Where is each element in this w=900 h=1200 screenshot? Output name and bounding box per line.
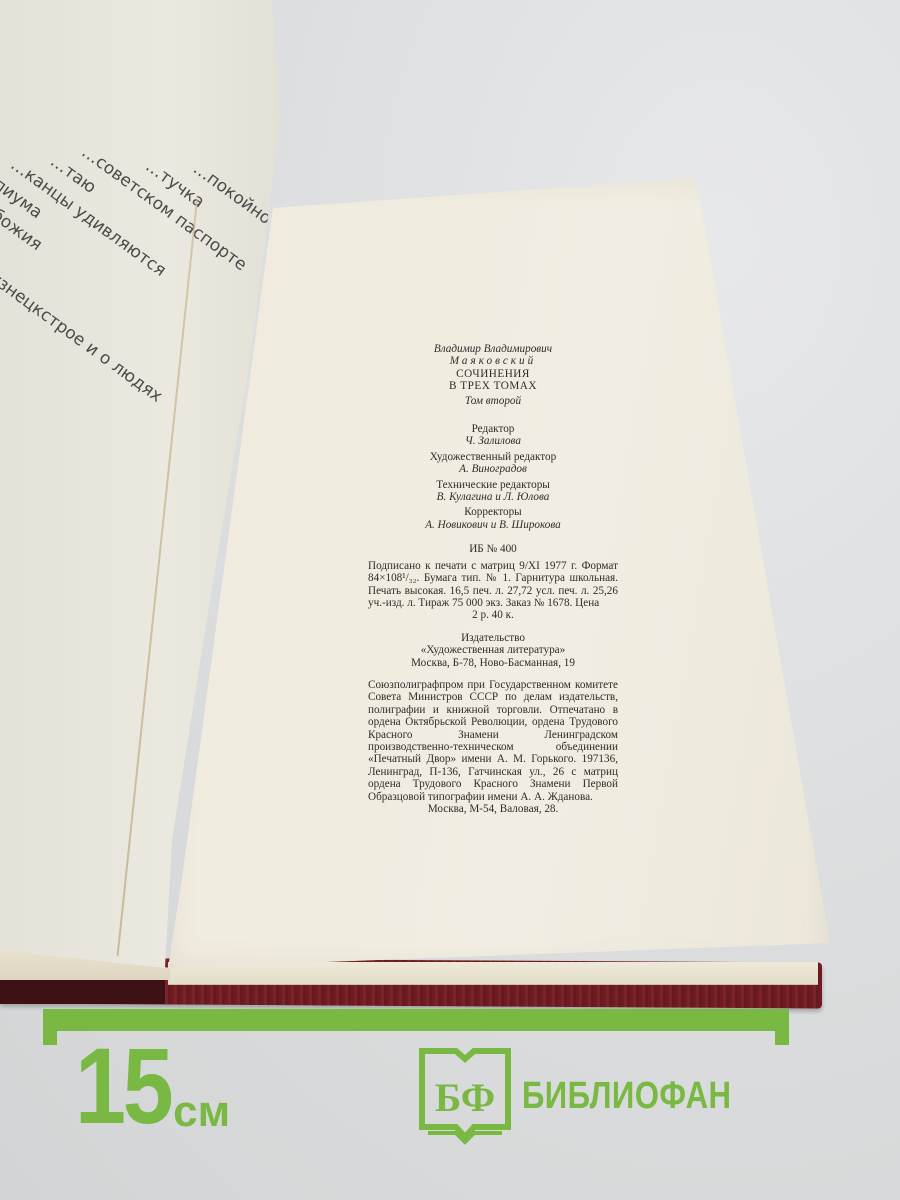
svg-text:БФ: БФ <box>435 1075 495 1120</box>
size-label: 15 см <box>75 1032 230 1140</box>
credit-role: Редактор <box>368 423 618 435</box>
price: 2 р. 40 к. <box>368 609 618 621</box>
credit-names: Ч. Залилова <box>368 435 618 447</box>
page-stack-right <box>168 962 818 985</box>
size-ruler-tick-left <box>43 1009 57 1045</box>
size-unit: см <box>173 1090 230 1134</box>
volume-label: Том второй <box>368 395 618 407</box>
publisher-name: «Художественная литература» <box>368 644 618 656</box>
author-name: Владимир Владимирович <box>368 343 618 355</box>
open-book-logo-icon: БФ <box>418 1047 512 1145</box>
publisher-address: Москва, Б-78, Ново-Басманная, 19 <box>368 657 618 669</box>
brand-name: БИБЛИОФАН <box>522 1075 731 1118</box>
size-ruler-tick-right <box>775 1009 789 1045</box>
credit-names: А. Виноградов <box>368 463 618 475</box>
publisher-label: Издательство <box>368 632 618 644</box>
author-surname: Маяковский <box>368 355 618 367</box>
credit-role: Корректоры <box>368 506 618 518</box>
work-title-line2: В ТРЕХ ТОМАХ <box>368 380 618 392</box>
size-value: 15 <box>75 1032 170 1140</box>
brand-logo-group: БФ БИБЛИОФАН <box>418 1047 777 1145</box>
credit-names: А. Новикович и В. Широкова <box>368 519 618 531</box>
work-title-line1: СОЧИНЕНИЯ <box>368 368 618 380</box>
print-details: Подписано к печати с матриц 9/XI 1977 г.… <box>368 560 618 610</box>
book-cover-shadow <box>0 978 165 1004</box>
imprint-block: Владимир Владимирович Маяковский СОЧИНЕН… <box>368 343 618 815</box>
printer-details: Союзполиграфпром при Государственном ком… <box>368 679 618 803</box>
credit-role: Технические редакторы <box>368 479 618 491</box>
credit-names: В. Кулагина и Л. Юлова <box>368 491 618 503</box>
ib-number: ИБ № 400 <box>368 543 618 555</box>
printer-address: Москва, М-54, Валовая, 28. <box>368 803 618 815</box>
credit-role: Художественный редактор <box>368 451 618 463</box>
